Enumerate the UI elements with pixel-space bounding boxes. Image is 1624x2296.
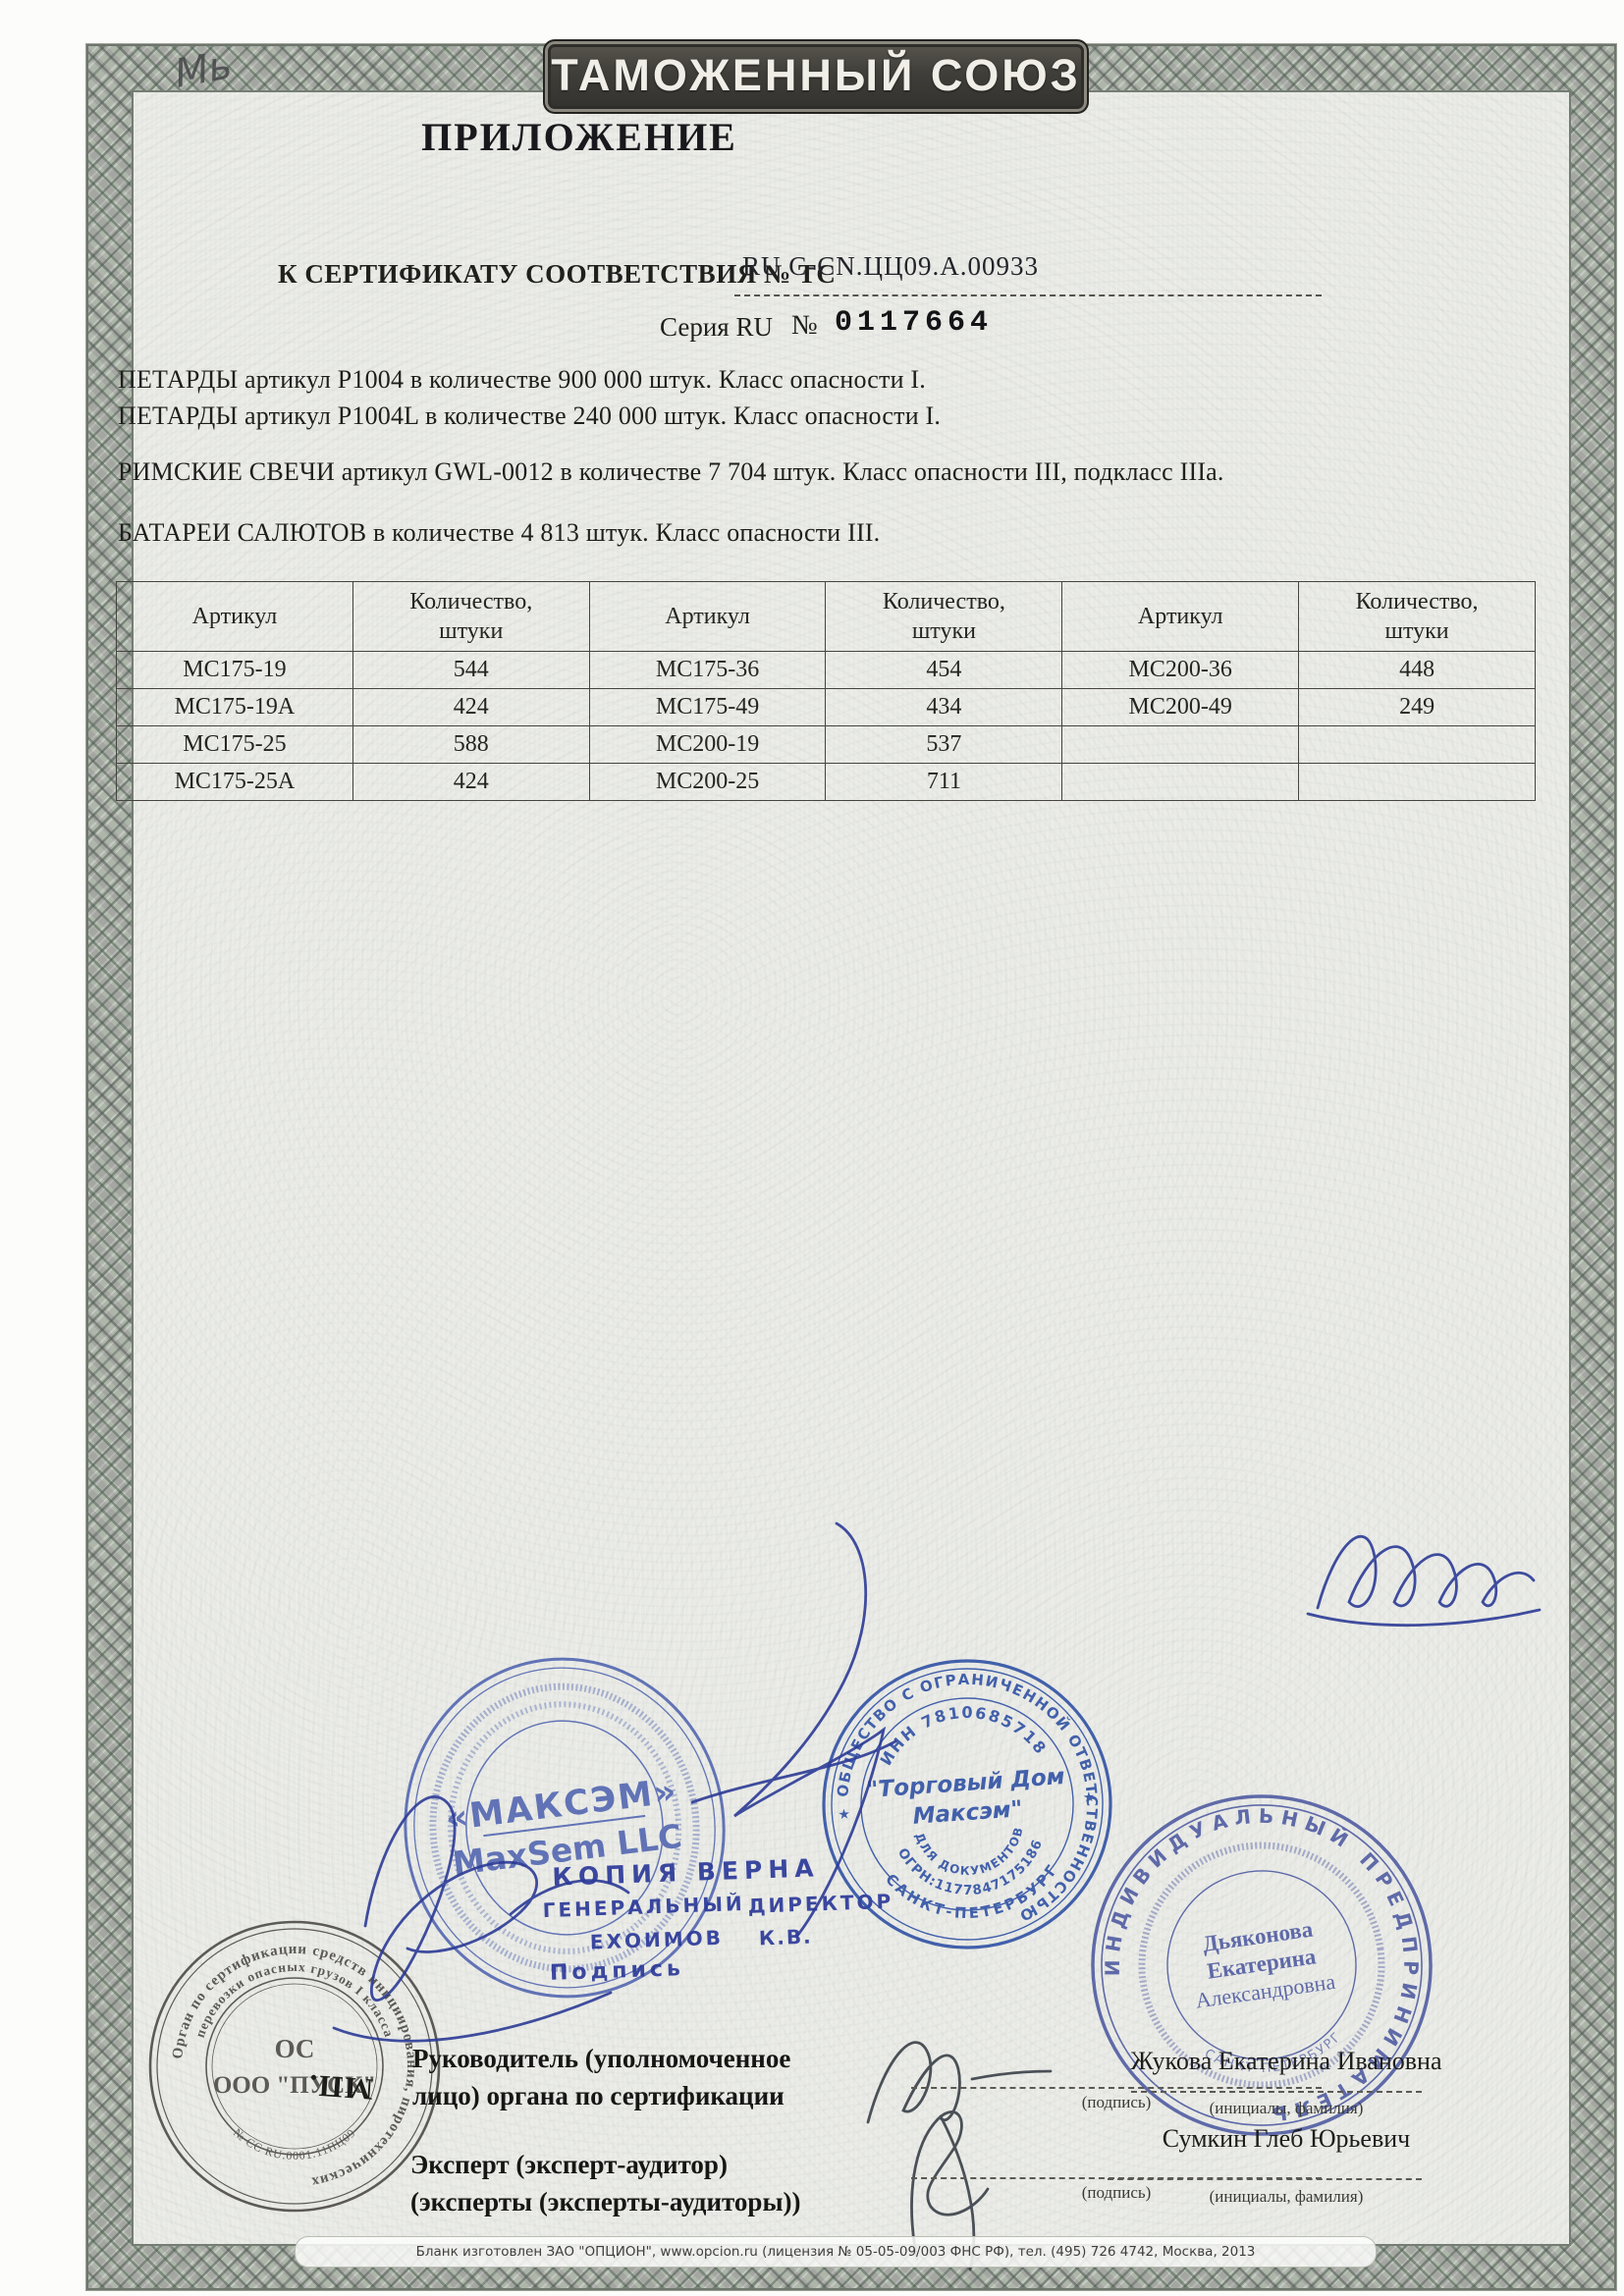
role-expert-line2: (эксперты (эксперты-аудиторы)): [410, 2187, 801, 2217]
cell-article: MC200-36: [1062, 652, 1299, 689]
col-header-qty-line2: штуки: [826, 616, 1061, 646]
table-row: MC175-25 588 MC200-19 537: [117, 726, 1536, 764]
head-name-caption: (инициалы, фамилия): [1090, 2099, 1483, 2118]
cell-qty: 434: [826, 689, 1062, 726]
series-number: 0117664: [835, 306, 993, 340]
col-header-article: Артикул: [117, 582, 353, 652]
certificate-number-underline: [734, 267, 1322, 296]
series-label: Серия RU: [660, 312, 773, 343]
quantities-table: Артикул Количество, штуки Артикул Количе…: [116, 581, 1536, 801]
col-header-qty: Количество, штуки: [352, 582, 589, 652]
blank-manufacturer-footer: Бланк изготовлен ЗАО "ОПЦИОН", www.opcio…: [295, 2236, 1377, 2268]
cell-qty: 537: [826, 726, 1062, 764]
cell-qty: [1299, 764, 1536, 801]
table-row: MC175-25A 424 MC200-25 711: [117, 764, 1536, 801]
cell-article: MC175-25: [117, 726, 353, 764]
cell-qty: 424: [352, 764, 589, 801]
col-header-qty-line1: Количество,: [826, 587, 1061, 616]
series-no-sign: №: [791, 310, 818, 342]
head-name: Жукова Екатерина Ивановна: [1060, 2047, 1512, 2076]
body-line-roman-candles: РИМСКИЕ СВЕЧИ артикул GWL-0012 в количес…: [118, 457, 1224, 487]
cell-qty: [1299, 726, 1536, 764]
cell-article: MC175-49: [589, 689, 826, 726]
head-name-line: [1131, 2091, 1422, 2093]
body-line-petards-2: ПЕТАРДЫ артикул Р1004L в количестве 240 …: [118, 401, 941, 431]
table-row: MC175-19 544 MC175-36 454 MC200-36 448: [117, 652, 1536, 689]
expert-name-caption: (инициалы, фамилия): [1090, 2187, 1483, 2207]
table-row: MC175-19A 424 MC175-49 434 MC200-49 249: [117, 689, 1536, 726]
body-line-salute-batteries: БАТАРЕИ САЛЮТОВ в количестве 4 813 штук.…: [118, 518, 880, 548]
role-head-line2: лицо) органа по сертификации: [412, 2081, 785, 2111]
table-header-row: Артикул Количество, штуки Артикул Количе…: [117, 582, 1536, 652]
col-header-qty: Количество, штуки: [1299, 582, 1536, 652]
col-header-qty-line2: штуки: [353, 616, 589, 646]
cell-article: MC175-19: [117, 652, 353, 689]
cell-qty: 588: [352, 726, 589, 764]
cell-article: MC200-25: [589, 764, 826, 801]
role-expert-line1: Эксперт (эксперт-аудитор): [410, 2150, 728, 2180]
expert-name-line: [1108, 2178, 1422, 2180]
cell-article: MC175-19A: [117, 689, 353, 726]
cell-qty: 711: [826, 764, 1062, 801]
cell-article: MC200-49: [1062, 689, 1299, 726]
cell-article: [1062, 764, 1299, 801]
signature-line-1: [911, 2087, 1322, 2089]
cell-qty: 448: [1299, 652, 1536, 689]
cell-qty: 544: [352, 652, 589, 689]
certificate-page: ТАМОЖЕННЫЙ СОЮЗ Мь ПРИЛОЖЕНИЕ К СЕРТИФИК…: [0, 0, 1624, 2296]
col-header-qty-line2: штуки: [1299, 616, 1535, 646]
cell-qty: 424: [352, 689, 589, 726]
cell-article: [1062, 726, 1299, 764]
cell-article: MC175-36: [589, 652, 826, 689]
col-header-qty: Количество, штуки: [826, 582, 1062, 652]
cell-article: MC200-19: [589, 726, 826, 764]
cell-qty: 454: [826, 652, 1062, 689]
cell-qty: 249: [1299, 689, 1536, 726]
plaque-label: ТАМОЖЕННЫЙ СОЮЗ: [551, 50, 1081, 100]
page-title: ПРИЛОЖЕНИЕ: [334, 114, 825, 160]
col-header-qty-line1: Количество,: [1299, 587, 1535, 616]
expert-name: Сумкин Глеб Юрьевич: [1060, 2124, 1512, 2154]
col-header-article: Артикул: [1062, 582, 1299, 652]
body-line-petards-1: ПЕТАРДЫ артикул Р1004 в количестве 900 0…: [118, 365, 926, 395]
customs-union-plaque: ТАМОЖЕННЫЙ СОЮЗ: [543, 39, 1089, 114]
col-header-qty-line1: Количество,: [353, 587, 589, 616]
col-header-article: Артикул: [589, 582, 826, 652]
cell-article: MC175-25A: [117, 764, 353, 801]
role-head-line1: Руководитель (уполномоченное: [412, 2044, 790, 2074]
